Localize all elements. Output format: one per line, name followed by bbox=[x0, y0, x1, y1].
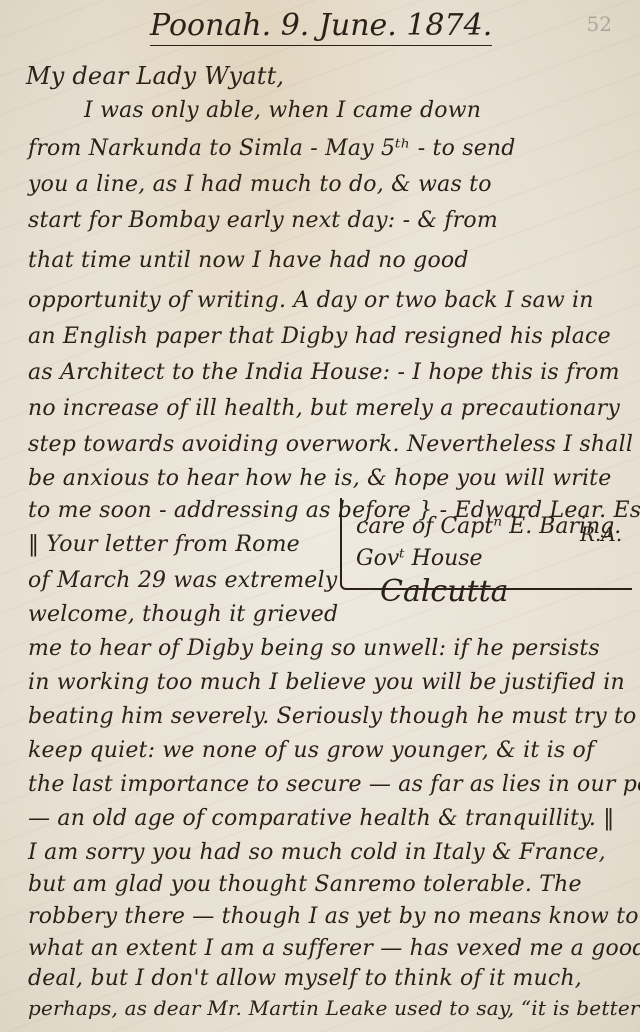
body-line: ‖ Your letter from Rome bbox=[28, 532, 300, 557]
body-line: — an old age of comparative health & tra… bbox=[28, 806, 615, 831]
body-line: as Architect to the India House: - I hop… bbox=[28, 360, 620, 385]
folio-number: 52 bbox=[587, 12, 612, 36]
body-line: the last importance to secure — as far a… bbox=[28, 772, 640, 797]
body-line: that time until now I have had no good bbox=[28, 248, 469, 273]
body-line: robbery there — though I as yet by no me… bbox=[28, 904, 639, 929]
body-line: opportunity of writing. A day or two bac… bbox=[28, 288, 594, 313]
body-line: start for Bombay early next day: - & fro… bbox=[28, 208, 498, 233]
body-line: an English paper that Digby had resigned… bbox=[28, 324, 611, 349]
body-line: welcome, though it grieved bbox=[28, 602, 338, 627]
body-line: what an extent I am a sufferer — has vex… bbox=[28, 936, 640, 961]
address-annotation: R.A. bbox=[580, 522, 622, 546]
body-line: in working too much I believe you will b… bbox=[28, 670, 625, 695]
body-line: deal, but I don't allow myself to think … bbox=[28, 966, 582, 991]
body-line: from Narkunda to Simla - May 5ᵗʰ - to se… bbox=[28, 136, 516, 161]
body-line: but am glad you thought Sanremo tolerabl… bbox=[28, 872, 582, 897]
body-line: you a line, as I had much to do, & was t… bbox=[28, 172, 492, 197]
body-line: be anxious to hear how he is, & hope you… bbox=[28, 466, 611, 491]
body-line: I was only able, when I came down bbox=[84, 98, 481, 123]
body-line: step towards avoiding overwork. Neverthe… bbox=[28, 432, 633, 457]
body-line: beating him severely. Seriously though h… bbox=[28, 704, 637, 729]
body-line: me to hear of Digby being so unwell: if … bbox=[28, 636, 600, 661]
letter-page: Poonah. 9. June. 1874. 52 My dear Lady W… bbox=[0, 0, 640, 1032]
body-line: of March 29 was extremely bbox=[28, 568, 337, 593]
address-line-3: Calcutta bbox=[380, 574, 509, 609]
body-line: I am sorry you had so much cold in Italy… bbox=[28, 840, 606, 865]
body-line: no increase of ill health, but merely a … bbox=[28, 396, 620, 421]
address-line-2: Govᵗ House bbox=[356, 546, 483, 571]
body-line: perhaps, as dear Mr. Martin Leake used t… bbox=[28, 996, 640, 1020]
salutation: My dear Lady Wyatt, bbox=[26, 62, 284, 90]
letter-heading: Poonah. 9. June. 1874. bbox=[150, 8, 492, 46]
body-line: keep quiet: we none of us grow younger, … bbox=[28, 738, 594, 763]
